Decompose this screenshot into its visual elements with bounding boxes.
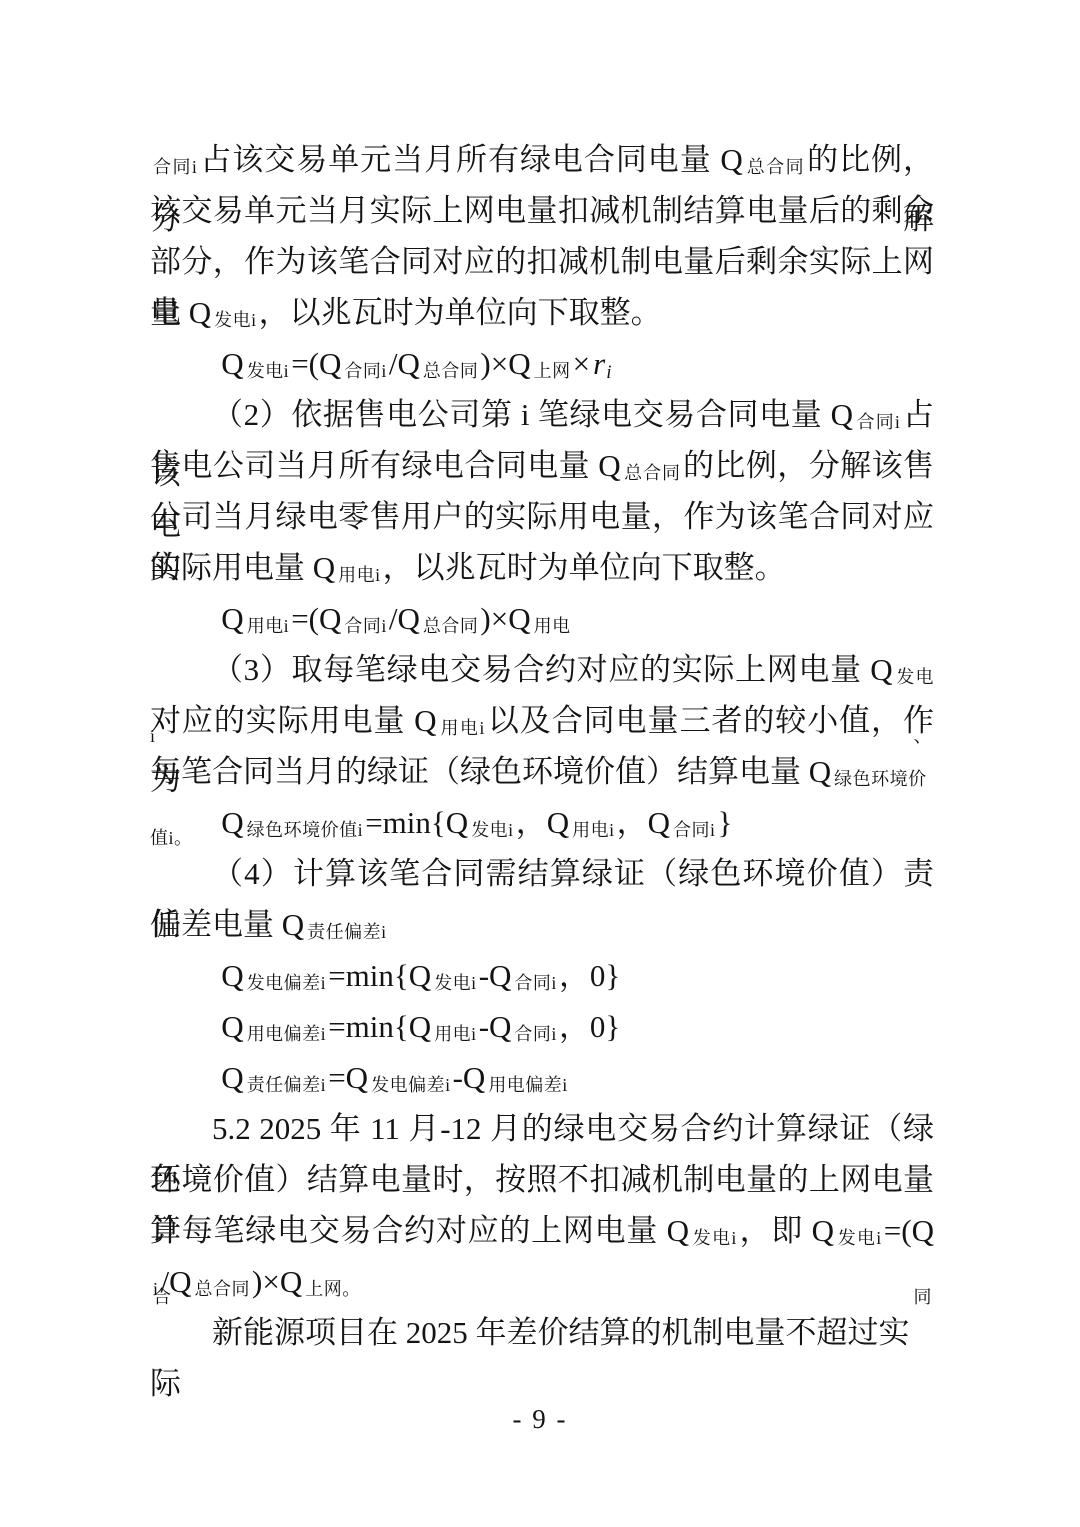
subscript-run: 上网。 [302,1279,363,1299]
text-line: 环境价值）结算电量时，按照不扣减机制电量的上网电量计 [150,1154,934,1205]
text-run: 算每笔绿电交易合约对应的上网电量 Q [150,1213,689,1248]
subscript-run: 发电i [468,820,516,840]
text-run: 实际用电量 Q [150,550,335,585]
text-line: 5.2 2025 年 11 月-12 月的绿电交易合约计算绿证（绿色 [150,1103,934,1154]
text-run: =(Q [291,601,341,636]
text-line: 部分，作为该笔合同对应的扣减机制电量后剩余实际上网电 [150,236,934,287]
subscript-run: 用电i [437,718,487,738]
formula-line: Q责任偏差i=Q发电偏差i-Q用电偏差i [150,1052,934,1103]
document-page: 合同i占该交易单元当月所有绿电合同电量 Q总合同的比例，分解该交易单元当月实际上… [0,0,1080,1527]
text-line: 算每笔绿电交易合约对应的上网电量 Q发电i，即 Q发电i=(Q合同 [150,1205,934,1256]
subscript-run: 用电i [569,820,617,840]
text-run: 每笔合同当月的绿证（绿色环境价值）结算电量 Q [150,754,831,789]
text-run: )×Q [480,601,530,636]
text-run: -Q [479,1009,512,1044]
subscript-run: 责任偏差i [244,1075,329,1095]
text-run: ，Q [516,805,569,840]
text-run: -Q [479,958,512,993]
page-footer: - 9 - [0,1404,1080,1435]
formula-line: Q发电偏差i=min{Q发电i-Q合同i，0} [150,950,934,1001]
text-run: 偏差电量 Q [150,907,304,942]
subscript-run: 发电i [834,1228,884,1248]
text-run: /Q [389,346,420,381]
subscript-run: 合同i [150,157,199,177]
text-line: 量 Q发电i，以兆瓦时为单位向下取整。 [150,287,934,338]
text-run: =min{Q [328,1009,431,1044]
text-run: × [573,346,590,381]
text-run: 该交易单元当月实际上网电量扣减机制结算电量后的剩余 [150,193,934,228]
text-line: 售电公司当月所有绿电合同电量 Q总合同的比例，分解该售电 [150,440,934,491]
subscript-run: 发电i [431,973,479,993]
text-run: （2）依据售电公司第 i 笔绿电交易合同电量 Q [212,397,853,432]
text-run: /Q [389,601,420,636]
text-run: 量 Q [150,295,211,330]
text-line: （4）计算该笔合同需结算绿证（绿色环境价值）责任 [150,848,934,899]
subscript-run: 发电i [689,1228,739,1248]
text-run: ，以兆瓦时为单位向下取整。 [259,295,662,330]
subscript-run: 发电偏差i [244,973,329,993]
text-run: 对应的实际用电量 Q [150,703,437,738]
text-run: )×Q [252,1264,302,1299]
text-run: ，即 Q [739,1213,834,1248]
text-line: （3）取每笔绿电交易合约对应的实际上网电量 Q发电i、 [150,644,934,695]
text-run: （3）取每笔绿电交易合约对应的实际上网电量 Q [212,652,893,687]
text-run: Q [221,805,243,840]
subscript-run: 合同i [853,412,902,432]
text-run: Q [221,1009,243,1044]
formula-line: Q绿色环境价值i=min{Q发电i，Q用电i，Q合同i} [150,797,934,848]
italic-run: r [590,346,605,381]
subscript-run: 责任偏差i [304,922,389,942]
text-run: =min{Q [365,805,468,840]
subscript-run: 上网 [531,361,573,381]
text-line: 合同i占该交易单元当月所有绿电合同电量 Q总合同的比例，分解 [150,134,934,185]
subscript-run: 总合同 [743,157,807,177]
subscript-run: 合同i [341,361,389,381]
subscript-run: 发电i [211,310,259,330]
text-run: } [718,805,733,840]
text-run: )×Q [480,346,530,381]
text-line: 实际用电量 Q用电i，以兆瓦时为单位向下取整。 [150,542,934,593]
text-run: 新能源项目在 2025 年差价结算的机制电量不超过实际 [150,1315,910,1401]
text-run: ，0} [559,1009,620,1044]
text-line: 新能源项目在 2025 年差价结算的机制电量不超过实际 [150,1307,934,1358]
document-body: 合同i占该交易单元当月所有绿电合同电量 Q总合同的比例，分解该交易单元当月实际上… [150,134,934,1358]
subscript-run: 总合同 [420,616,481,636]
subscript-run: i [150,1279,161,1299]
subscript-run: 总合同 [621,463,683,483]
subscript-run: 发电偏差i [368,1075,453,1095]
text-line: （2）依据售电公司第 i 笔绿电交易合同电量 Q合同i占该 [150,389,934,440]
subscript-run: 合同i [341,616,389,636]
formula-line: Q发电i=(Q合同i/Q总合同)×Q上网×ri [150,338,934,389]
subscript-run: 发电i [244,361,292,381]
subscript-run: 合同i [511,1024,559,1044]
formula-line: Q用电偏差i=min{Q用电i-Q合同i，0} [150,1001,934,1052]
subscript-run: 用电偏差i [244,1024,329,1044]
text-line: 该交易单元当月实际上网电量扣减机制结算电量后的剩余 [150,185,934,236]
text-run: =min{Q [328,958,431,993]
text-run: 占该交易单元当月所有绿电合同电量 Q [199,142,742,177]
subscript-run: 合同i [670,820,718,840]
text-line: 每笔合同当月的绿证（绿色环境价值）结算电量 Q绿色环境价值i。 [150,746,934,797]
formula-line: Q用电i=(Q合同i/Q总合同)×Q用电 [150,593,934,644]
text-run: Q [221,1060,243,1095]
text-line: 偏差电量 Q责任偏差i [150,899,934,950]
subscript-run: 合同i [511,973,559,993]
page-number: - 9 - [513,1404,568,1434]
text-run: =Q [328,1060,368,1095]
subscript-run: 用电i [335,565,383,585]
text-run: ，0} [559,958,620,993]
text-run: 售电公司当月所有绿电合同电量 Q [150,448,621,483]
text-run: =(Q [291,346,341,381]
text-run: /Q [161,1264,192,1299]
subscript-run: 用电偏差i [485,1075,570,1095]
subscript-run: 绿色环境价值i [244,820,366,840]
text-run: =(Q [884,1213,934,1248]
subscript-run: 总合同 [420,361,481,381]
italic-subscript-run: i [605,362,611,383]
text-run: ，以兆瓦时为单位向下取整。 [383,550,786,585]
subscript-run: 用电 [531,616,573,636]
text-run: ，Q [617,805,670,840]
subscript-run: 用电i [244,616,292,636]
text-run: Q [221,958,243,993]
text-run: -Q [453,1060,486,1095]
text-run: Q [221,601,243,636]
text-run: Q [221,346,243,381]
subscript-run: 总合同 [192,1279,253,1299]
text-line: 对应的实际用电量 Q用电i以及合同电量三者的较小值，作为 [150,695,934,746]
text-line: 公司当月绿电零售用户的实际用电量，作为该笔合同对应的 [150,491,934,542]
subscript-run: 用电i [431,1024,479,1044]
